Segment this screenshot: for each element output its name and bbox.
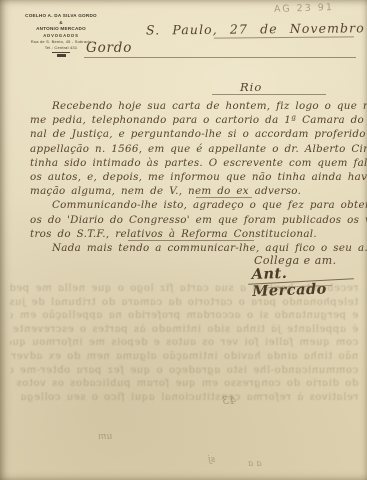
bleed-through-fragment: um bbox=[98, 432, 112, 442]
salutation-rule bbox=[84, 57, 356, 58]
bleed-through-fragment: 43 bbox=[222, 394, 236, 407]
letter-line: me pedia, telephonando para o cartorio d… bbox=[30, 114, 358, 128]
bleed-through-line: telephonando para o cartorio da camara d… bbox=[9, 297, 359, 311]
letter-line: Communicando-lhe isto, agradeço o que fe… bbox=[30, 199, 358, 213]
dateline: S. Paulo, 27 de Novembro de 1926 bbox=[146, 19, 367, 37]
bleed-through-line: não tinha ainda havido intimação alguma … bbox=[9, 351, 359, 365]
bleed-through-line: recebendo hontem a sua carta fiz logo o … bbox=[9, 283, 359, 297]
letter-line: os autos, e, depois, me informou que não… bbox=[30, 171, 358, 185]
reforma-underline bbox=[128, 240, 254, 241]
salutation: Gordo bbox=[86, 40, 132, 56]
reference-word: Rio bbox=[240, 80, 262, 94]
letterhead-name-gordo: COELHO A. DA SILVA GORDO bbox=[22, 13, 100, 20]
bleed-through-line: é appellante já tinha sido intimado às p… bbox=[9, 324, 359, 338]
letter-paper: COELHO A. DA SILVA GORDO & ANTONIO MERCA… bbox=[0, 0, 367, 480]
letter-line: tinha sido intimado às partes. O escreve… bbox=[30, 157, 358, 171]
bleed-through-line: e perguntando si o accordam proferido na… bbox=[9, 310, 359, 324]
letter-line: nal de Justiça, e perguntando-lhe si o a… bbox=[30, 128, 358, 142]
letter-line: os do 'Diario do Congresso' em que foram… bbox=[30, 214, 358, 228]
bleed-through-line: com quem fallei foi ver os autos e depoi… bbox=[9, 337, 359, 351]
letterhead-rule bbox=[52, 52, 70, 53]
letter-line: Recebendo hoje sua carta de hontem, fiz … bbox=[30, 100, 358, 114]
letterhead-ornament-bar bbox=[57, 54, 66, 56]
reference-underline bbox=[212, 94, 326, 95]
bleed-through-line: communicando-lhe isto agradeço o que fez… bbox=[9, 365, 359, 379]
bleed-through-fragment: a a bbox=[248, 459, 262, 469]
dateline-underline bbox=[214, 36, 354, 38]
archive-code-annotation: AG 23 91 bbox=[274, 2, 334, 15]
ex-adverso-underline bbox=[196, 197, 252, 198]
bleed-through-fragment: sj bbox=[208, 455, 215, 465]
letterhead-name-mercado: ANTONIO MERCADO bbox=[22, 26, 100, 33]
bleed-through-line: relativos à reforma constitucional aqui … bbox=[9, 392, 359, 406]
letter-line: mação alguma, nem de V., nem do ex adver… bbox=[30, 185, 358, 199]
letter-line: appellação n. 1566, em que é appellante … bbox=[30, 143, 358, 157]
bleed-through-line: do diario do congresso em que foram publ… bbox=[9, 378, 359, 392]
letter-body: Recebendo hoje sua carta de hontem, fiz … bbox=[30, 100, 358, 256]
bleed-through-text: recebendo hontem a sua carta fiz logo o … bbox=[10, 283, 358, 405]
